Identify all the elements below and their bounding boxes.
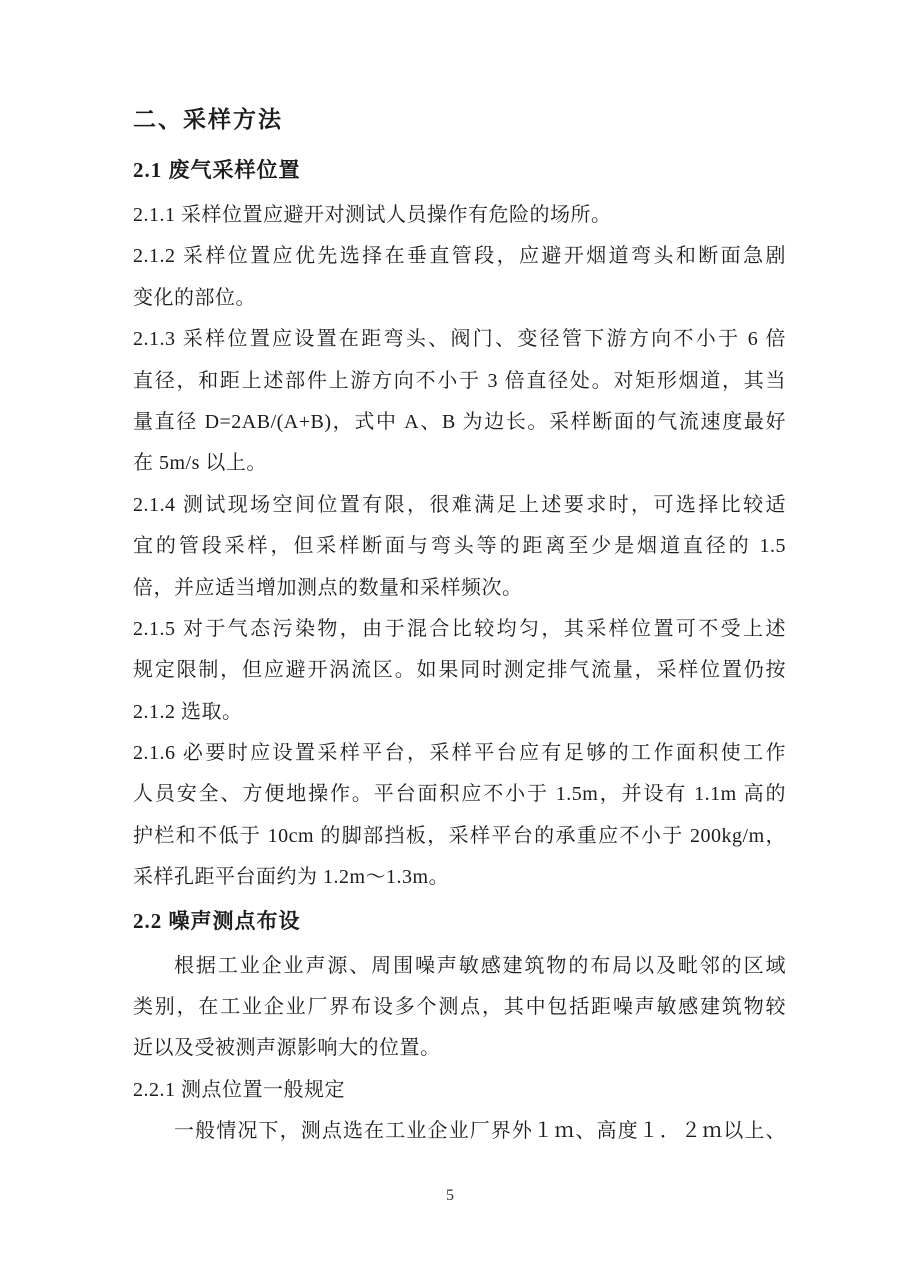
text-line: 2.1.5 对于气态污染物，由于混合比较均匀，其采样位置可不受上述 [133, 616, 786, 657]
text-line: 类别，在工业企业厂界布设多个测点，其中包括距噪声敏感建筑物较 [133, 994, 786, 1035]
page-number: 5 [0, 1186, 900, 1206]
text-line: 2.1.1 采样位置应避开对测试人员操作有危险的场所。 [133, 202, 786, 243]
document-page: 二、采样方法2.1 废气采样位置2.1.1 采样位置应避开对测试人员操作有危险的… [0, 0, 900, 1271]
text-line: 变化的部位。 [133, 285, 786, 326]
text-line: 近以及受被测声源影响大的位置。 [133, 1035, 786, 1076]
text-line: 2.1.2 采样位置应优先选择在垂直管段，应避开烟道弯头和断面急剧 [133, 243, 786, 284]
section-heading: 2.1 废气采样位置 [133, 155, 786, 202]
document-title: 二、采样方法 [133, 103, 786, 155]
text-line: 根据工业企业声源、周围噪声敏感建筑物的布局以及毗邻的区域 [133, 953, 786, 994]
text-line: 2.1.2 选取。 [133, 699, 786, 740]
section-heading: 2.2 噪声测点布设 [133, 906, 786, 953]
text-line: 2.1.3 采样位置应设置在距弯头、阀门、变径管下游方向不小于 6 倍 [133, 326, 786, 367]
text-line: 2.1.4 测试现场空间位置有限，很难满足上述要求时，可选择比较适 [133, 492, 786, 533]
text-line: 规定限制，但应避开涡流区。如果同时测定排气流量，采样位置仍按 [133, 657, 786, 698]
text-line: 量直径 D=2AB/(A+B)，式中 A、B 为边长。采样断面的气流速度最好 [133, 409, 786, 450]
text-line: 直径，和距上述部件上游方向不小于 3 倍直径处。对矩形烟道，其当 [133, 368, 786, 409]
text-line: 一般情况下，测点选在工业企业厂界外１ｍ、高度１．２ｍ以上、 [133, 1118, 786, 1159]
text-line: 倍，并应适当增加测点的数量和采样频次。 [133, 575, 786, 616]
text-line: 人员安全、方便地操作。平台面积应不小于 1.5m，并设有 1.1m 高的 [133, 781, 786, 822]
document-content: 二、采样方法2.1 废气采样位置2.1.1 采样位置应避开对测试人员操作有危险的… [133, 103, 786, 1160]
text-line: 宜的管段采样，但采样断面与弯头等的距离至少是烟道直径的 1.5 [133, 533, 786, 574]
text-line: 护栏和不低于 10cm 的脚部挡板，采样平台的承重应不小于 200kg/m， [133, 823, 786, 864]
text-line: 2.1.6 必要时应设置采样平台，采样平台应有足够的工作面积使工作 [133, 740, 786, 781]
text-line: 2.2.1 测点位置一般规定 [133, 1077, 786, 1118]
text-line: 在 5m/s 以上。 [133, 450, 786, 491]
text-line: 采样孔距平台面约为 1.2m～1.3m。 [133, 864, 786, 905]
